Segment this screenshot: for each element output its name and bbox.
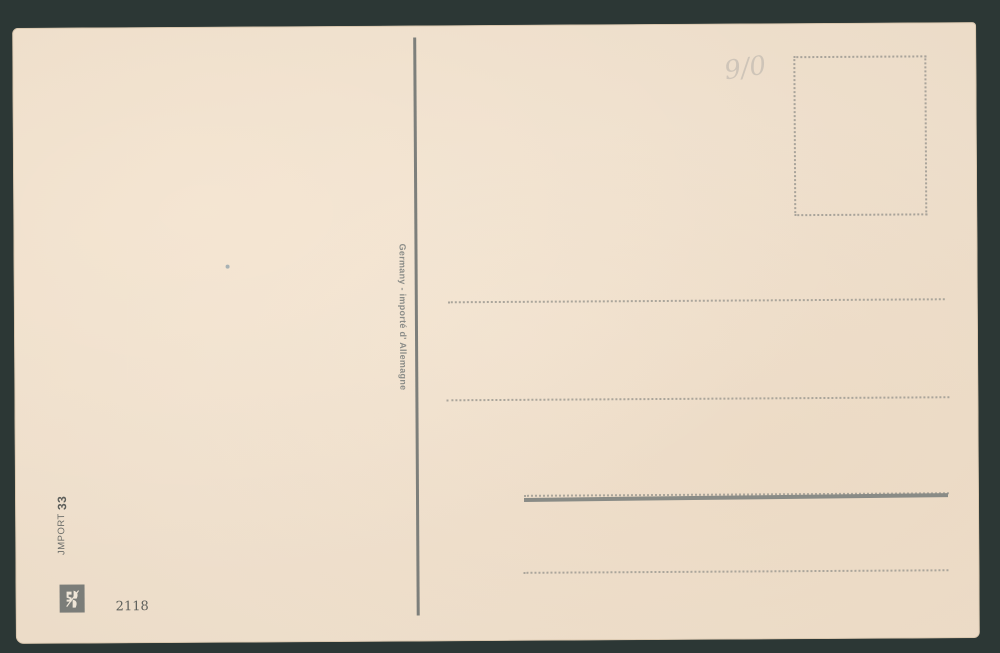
import-label: JMPORT — [56, 513, 67, 555]
publisher-logo-icon — [60, 585, 85, 613]
paper-speck — [226, 265, 230, 269]
address-line-2 — [446, 396, 949, 401]
pencil-note: 9/0 — [722, 51, 768, 87]
serial-number: 2118 — [116, 599, 149, 614]
stamp-box — [793, 55, 927, 216]
address-line-1 — [448, 298, 945, 303]
import-number: 33 — [55, 496, 69, 510]
postcard-back: Germany - importé d' Allemagne 9/0 JMPOR… — [12, 22, 980, 644]
country-of-origin-text: Germany - importé d' Allemagne — [397, 244, 408, 391]
import-mark: JMPORT 33 — [55, 496, 69, 555]
center-divider-line — [413, 37, 420, 615]
address-line-4 — [523, 569, 948, 574]
